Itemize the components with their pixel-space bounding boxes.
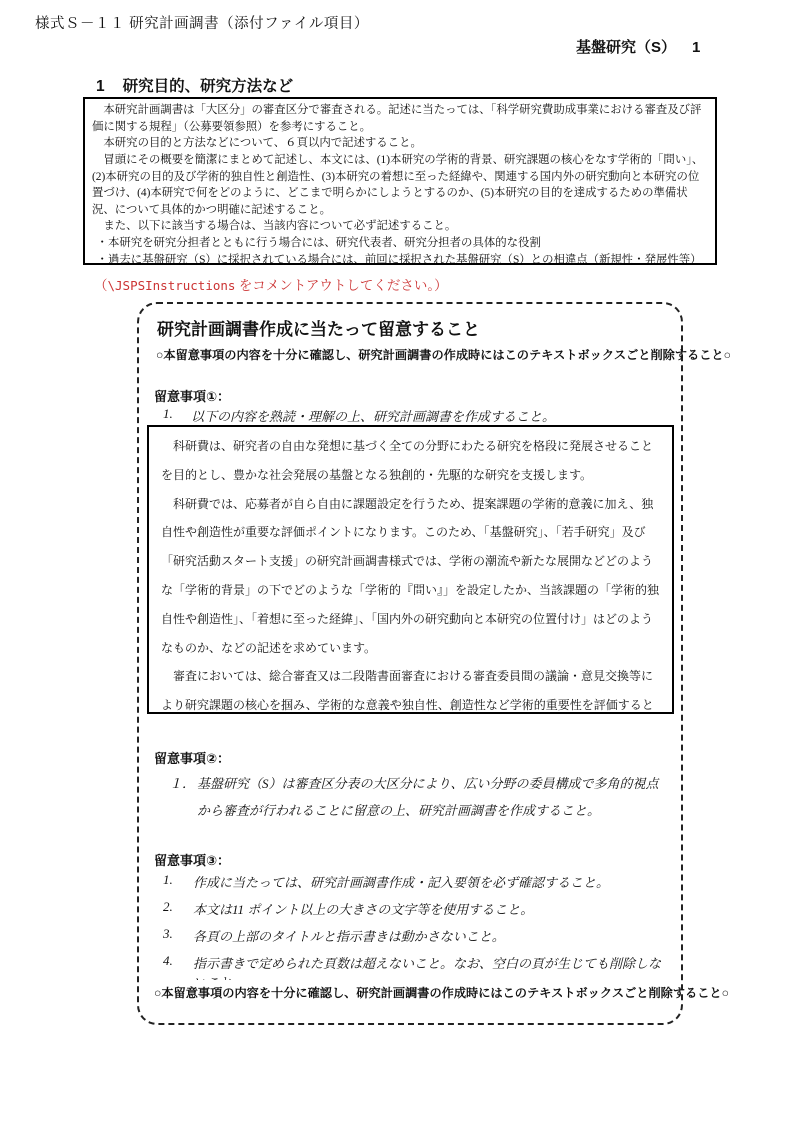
guideline-paragraph: 本研究の目的と方法などについて、６頁以内で記述すること。 xyxy=(92,135,708,152)
red-note-latex-command: \JSPSInstructions xyxy=(108,278,236,293)
form-label: 様式Ｓ－１１ 研究計画調書（添付ファイル項目） xyxy=(35,12,369,33)
kakenhi-paragraph: 科研費では、応募者が自ら自由に課題設定を行うため、提案課題の学術的意義に加え、独… xyxy=(161,490,660,663)
category-label: 基盤研究（S） xyxy=(576,39,676,56)
jsps-instructions-red-note: （\JSPSInstructions をコメントアウトしてください。） xyxy=(94,274,448,294)
red-note-text: をコメントアウトしてください。） xyxy=(235,278,447,293)
section-heading: 1研究目的、研究方法など xyxy=(96,74,293,96)
guideline-paragraph: 冒頭にその概要を簡潔にまとめて記述し、本文には、(1)本研究の学術的背景、研究課… xyxy=(92,152,708,219)
guideline-paragraph: また、以下に該当する場合は、当該内容について必ず記述すること。 xyxy=(92,218,708,235)
guideline-paragraph: 本研究計画調書は「大区分」の審査区分で審査される。記述に当たっては、「科学研究費… xyxy=(92,102,708,135)
note3-item: 3. 各頁の上部のタイトルと指示書きは動かさないこと。 xyxy=(163,926,671,953)
note3-item: 1. 作成に当たっては、研究計画調書作成・記入要領を必ず確認すること。 xyxy=(163,872,671,899)
note3-item-number: 2. xyxy=(163,899,193,915)
note1-item: 1. 以下の内容を熟読・理解の上、研究計画調書を作成すること。 xyxy=(163,406,668,425)
kakenhi-paragraph: 科研費は、研究者の自由な発想に基づく全ての分野にわたる研究を格段に発展させること… xyxy=(161,432,660,490)
notice-confirm-bottom: ○本留意事項の内容を十分に確認し、研究計画調書の作成時にはこのテキストボックスご… xyxy=(154,984,729,1001)
notice-confirm-top: ○本留意事項の内容を十分に確認し、研究計画調書の作成時にはこのテキストボックスご… xyxy=(156,346,731,363)
notice-title: 研究計画調書作成に当たって留意すること xyxy=(157,315,480,340)
note2-item: １． 基盤研究（S）は審査区分表の大区分により、広い分野の委員構成で多角的視点か… xyxy=(169,770,661,825)
note3-item-number: 3. xyxy=(163,926,193,942)
note1-item-text: 以下の内容を熟読・理解の上、研究計画調書を作成すること。 xyxy=(191,406,668,425)
note1-label: 留意事項①： xyxy=(154,386,230,405)
guideline-box: 本研究計画調書は「大区分」の審査区分で審査される。記述に当たっては、「科学研究費… xyxy=(83,97,717,265)
note3-item-text: 作成に当たっては、研究計画調書作成・記入要領を必ず確認すること。 xyxy=(193,872,609,891)
note2-item-number: １． xyxy=(169,770,197,825)
page-number: 1 xyxy=(692,39,700,56)
red-note-open-paren: （ xyxy=(94,278,108,293)
note3-item-number: 1. xyxy=(163,872,193,888)
note2-item-text: 基盤研究（S）は審査区分表の大区分により、広い分野の委員構成で多角的視点から審査… xyxy=(197,770,661,825)
note2-label: 留意事項②： xyxy=(154,748,230,767)
guideline-bullet: ・過去に基盤研究（S）に採択されている場合には、前回に採択された基盤研究（S）と… xyxy=(92,252,708,265)
kakenhi-description-box: 科研費は、研究者の自由な発想に基づく全ての分野にわたる研究を格段に発展させること… xyxy=(147,425,674,714)
page-header-right: 基盤研究（S）1 xyxy=(576,36,700,57)
note3-item: 2. 本文は11 ポイント以上の大きさの文字等を使用すること。 xyxy=(163,899,671,926)
note3-item: 4. 指示書きで定められた頁数は超えないこと。なお、空白の頁が生じても削除しない… xyxy=(163,953,671,980)
section-number: 1 xyxy=(96,78,105,95)
note3-item-list: 1. 作成に当たっては、研究計画調書作成・記入要領を必ず確認すること。 2. 本… xyxy=(163,872,671,980)
note1-item-number: 1. xyxy=(163,406,191,425)
kakenhi-paragraph: 審査においては、総合審査又は二段階書面審査における審査委員間の議論・意見交換等に… xyxy=(161,662,660,714)
note3-item-text: 各頁の上部のタイトルと指示書きは動かさないこと。 xyxy=(193,926,505,945)
section-title: 研究目的、研究方法など xyxy=(123,78,294,95)
note3-item-text: 指示書きで定められた頁数は超えないこと。なお、空白の頁が生じても削除しないこと。 xyxy=(193,953,671,980)
note3-item-text: 本文は11 ポイント以上の大きさの文字等を使用すること。 xyxy=(193,899,533,918)
note3-label: 留意事項③： xyxy=(154,850,230,869)
notice-textbox: 研究計画調書作成に当たって留意すること ○本留意事項の内容を十分に確認し、研究計… xyxy=(137,302,683,1025)
guideline-bullet: ・本研究を研究分担者とともに行う場合には、研究代表者、研究分担者の具体的な役割 xyxy=(92,235,708,252)
document-page: 様式Ｓ－１１ 研究計画調書（添付ファイル項目） 基盤研究（S）1 1研究目的、研… xyxy=(0,0,794,1123)
note3-item-number: 4. xyxy=(163,953,193,969)
